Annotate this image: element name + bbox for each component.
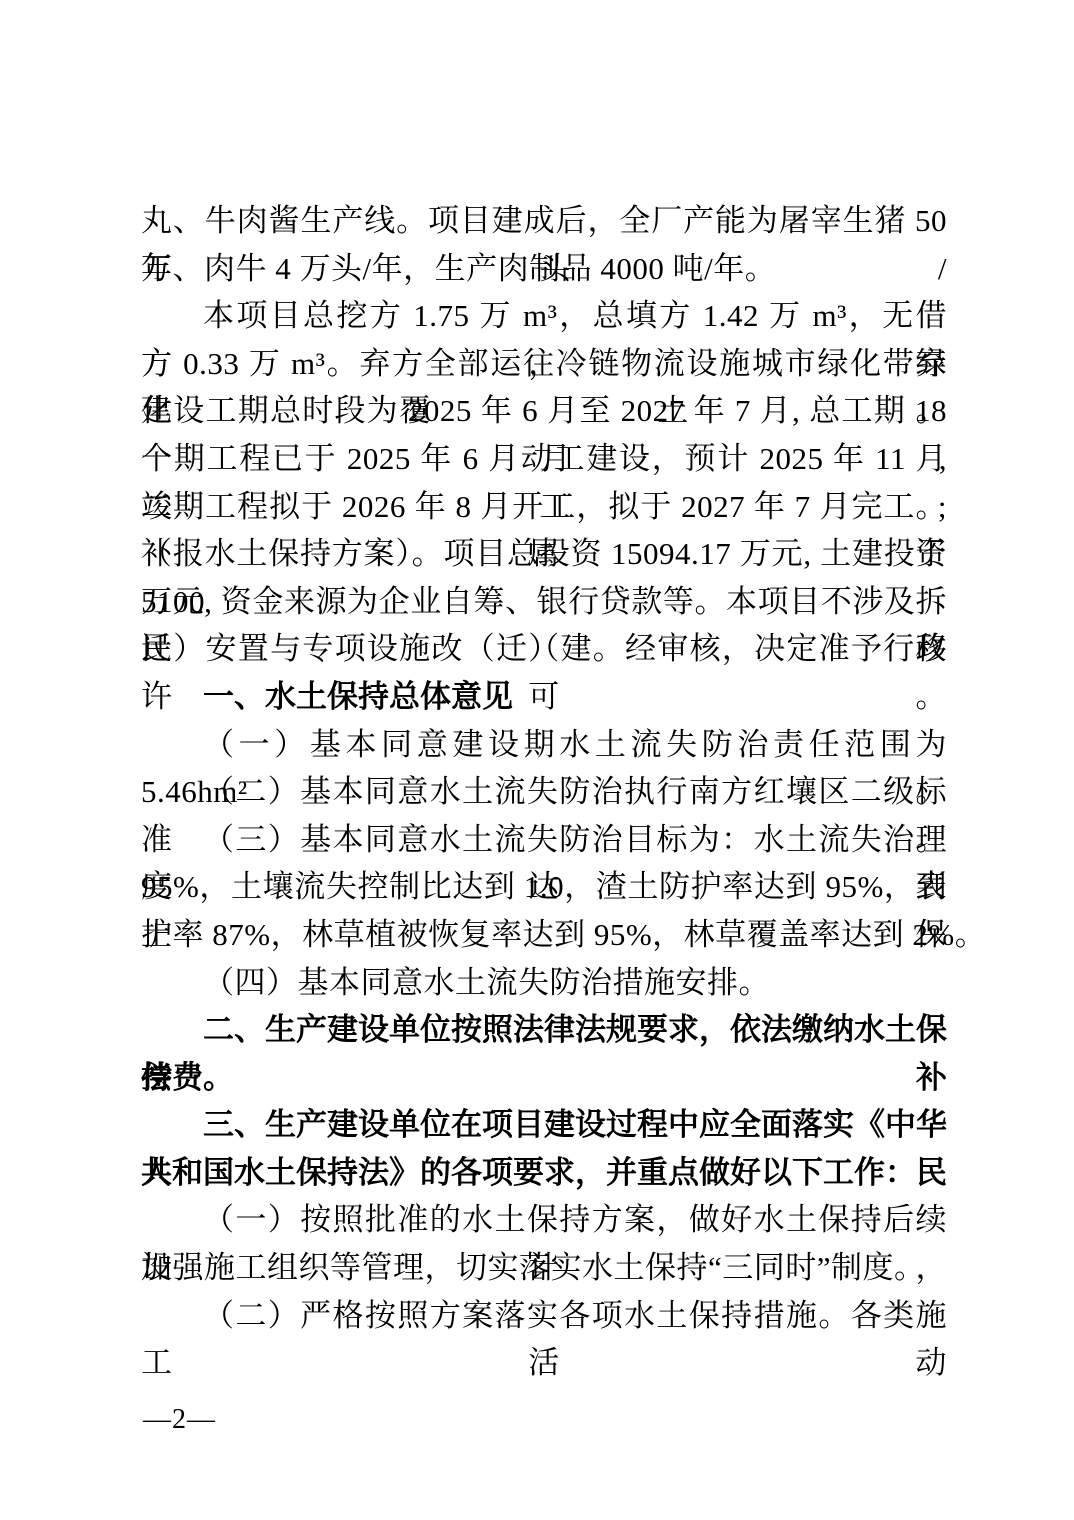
text-line: 建设工期总时段为 2025 年 6 月至 2027 年 7 月, 总工期 18 … [141,387,947,435]
text-line: 万元, 资金来源为企业自筹、银行贷款等。本项目不涉及拆迁（移 [141,578,947,626]
document-page: 丸、牛肉酱生产线。项目建成后，全厂产能为屠宰生猪 50 万头/ 年、肉牛 4 万… [0,0,1074,1520]
text-line: 民）安置与专项设施改（迁）建。经审核，决定准予行政许可。 [141,625,947,673]
text-line: 95%，土壤流失控制比达到 1.0，渣土防护率达到 95%，表土保 [141,863,947,911]
text-line: （四）基本同意水土流失防治措施安排。 [141,959,947,1007]
section-heading-3: 三、生产建设单位在项目建设过程中应全面落实《中华人民 [141,1101,947,1149]
text-line: 一期工程已于 2025 年 6 月动工建设，预计 2025 年 11 月竣工; [141,435,947,483]
text-line: 补报水土保持方案）。项目总投资 15094.17 万元, 土建投资 5100 [141,530,947,578]
document-body: 丸、牛肉酱生产线。项目建成后，全厂产能为屠宰生猪 50 万头/ 年、肉牛 4 万… [141,197,947,1339]
text-line: （二）严格按照方案落实各项水土保持措施。各类施工活动 [141,1292,947,1340]
text-line: 护率 87%，林草植被恢复率达到 95%，林草覆盖率达到 2%。 [141,911,947,959]
text-line: （一）按照批准的水土保持方案，做好水土保持后续设计， [141,1196,947,1244]
text-line: 丸、牛肉酱生产线。项目建成后，全厂产能为屠宰生猪 50 万头/ [141,197,947,245]
text-line: （三）基本同意水土流失防治目标为：水土流失治理度达到 [141,816,947,864]
text-line: （一）基本同意建设期水土流失防治责任范围为 5.46hm²。 [141,721,947,769]
text-line: 方 0.33 万 m³。弃方全部运往冷链物流设施城市绿化带绿化覆土。 [141,340,947,388]
section-heading-3-cont: 共和国水土保持法》的各项要求，并重点做好以下工作： [141,1149,947,1197]
section-heading-2: 二、生产建设单位按照法律法规要求，依法缴纳水土保持补 [141,1006,947,1054]
text-line: 本项目总挖方 1.75 万 m³，总填方 1.42 万 m³，无借方，弃 [141,292,947,340]
text-line: 二期工程拟于 2026 年 8 月开工，拟于 2027 年 7 月完工。（属于 [141,483,947,531]
text-line: （二）基本同意水土流失防治执行南方红壤区二级标准。 [141,768,947,816]
page-number: —2— [143,1401,216,1439]
text-line: 加强施工组织等管理，切实落实水土保持“三同时”制度。 [141,1244,947,1292]
